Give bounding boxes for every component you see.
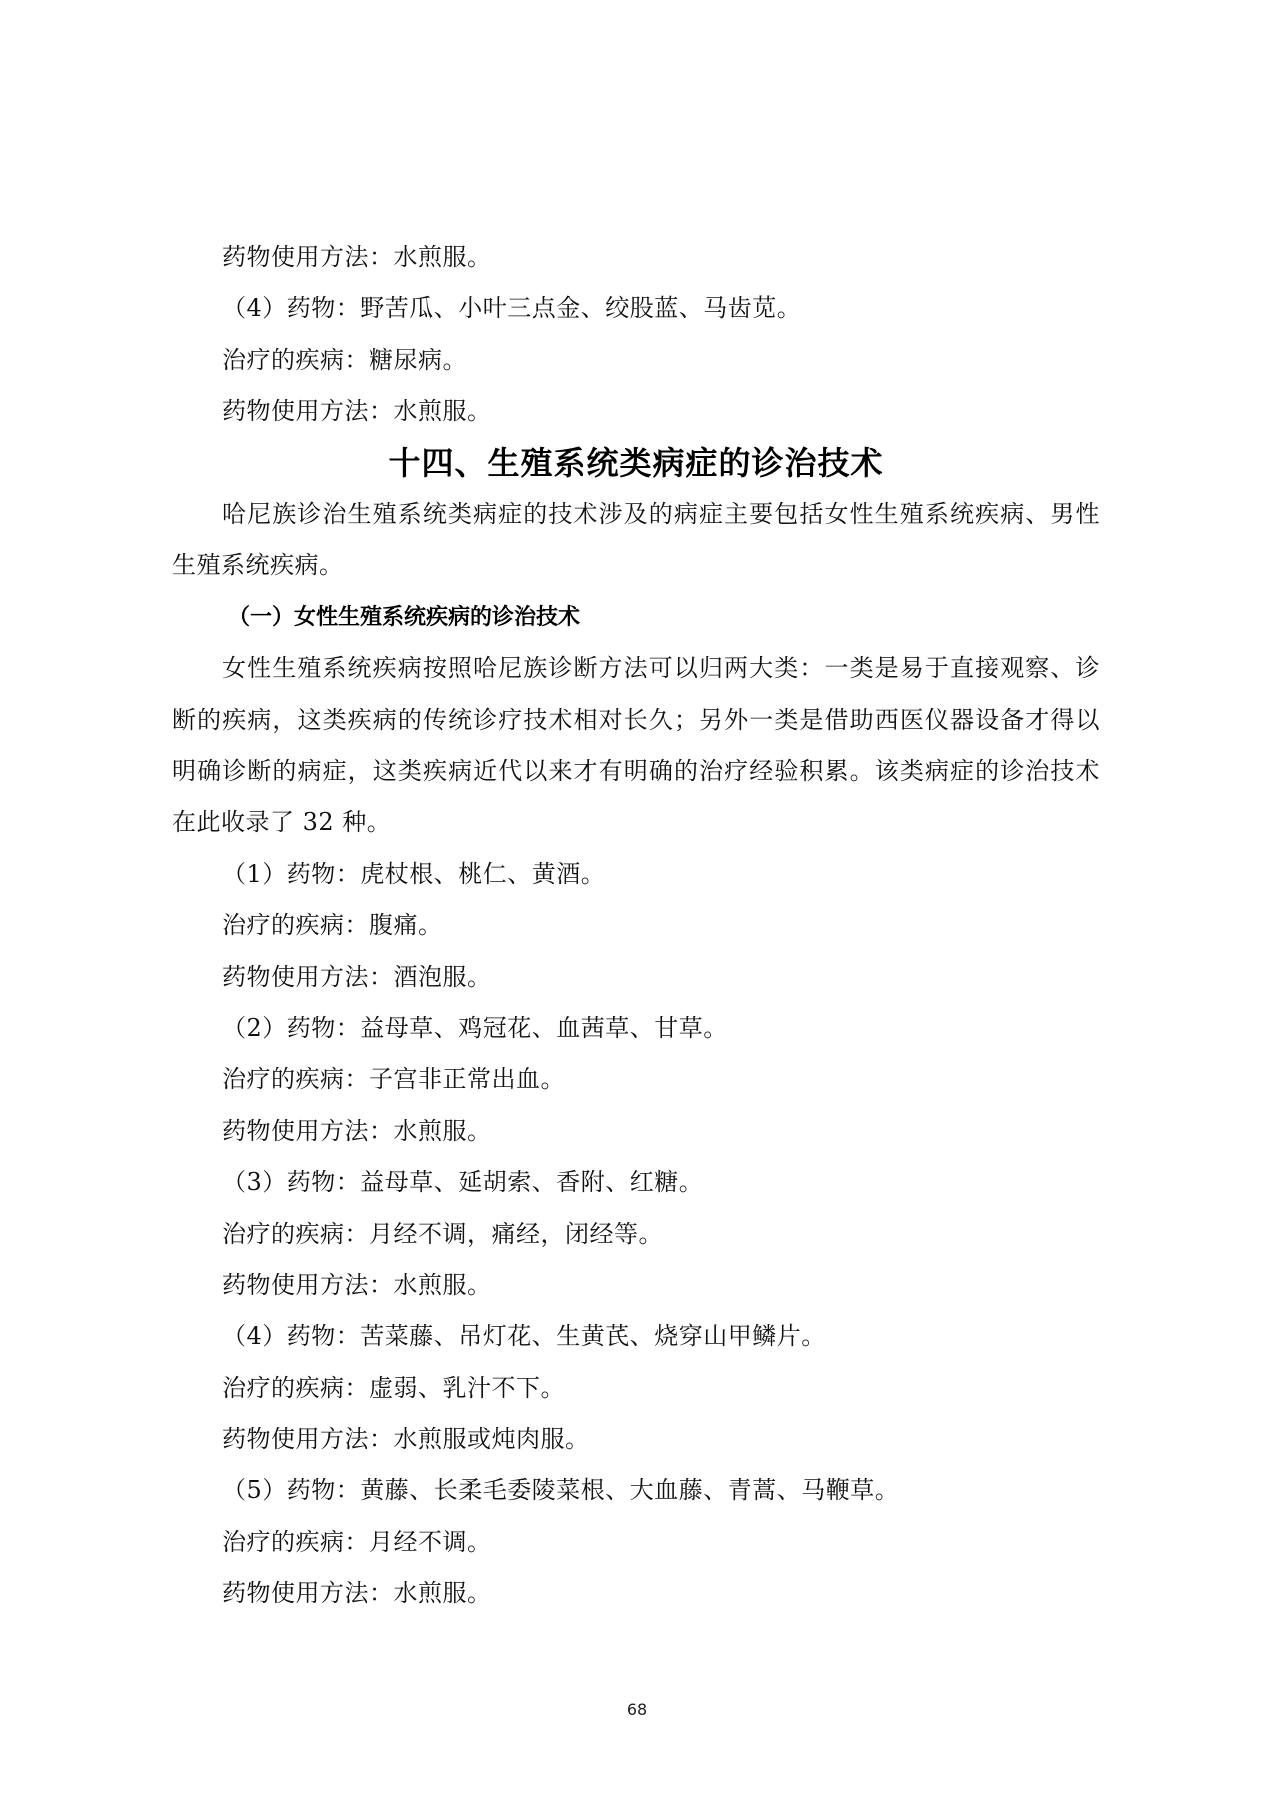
method-line: 药物使用方法：水煎服。 [172,1568,1100,1619]
disease-line: 治疗的疾病：糖尿病。 [172,335,1100,386]
disease-line: 治疗的疾病：虚弱、乳汁不下。 [172,1363,1100,1414]
disease-line: 治疗的疾病：月经不调。 [172,1517,1100,1568]
method-line: 药物使用方法：水煎服。 [172,386,1100,437]
method-line: 药物使用方法：水煎服。 [172,1106,1100,1157]
method-line: 药物使用方法：水煎服。 [172,1260,1100,1311]
document-page: 药物使用方法：水煎服。 （4）药物：野苦瓜、小叶三点金、绞股蓝、马齿苋。 治疗的… [172,232,1100,1620]
entry-2: （2）药物：益母草、鸡冠花、血茜草、甘草。 治疗的疾病：子宫非正常出血。 药物使… [172,1003,1100,1157]
method-line: 药物使用方法：水煎服或炖肉服。 [172,1414,1100,1465]
entry-1: （1）药物：虎杖根、桃仁、黄酒。 治疗的疾病：腹痛。 药物使用方法：酒泡服。 [172,849,1100,1003]
subsection-heading: （一）女性生殖系统疾病的诊治技术 [172,592,1100,643]
method-line: 药物使用方法：水煎服。 [172,232,1100,283]
disease-line: 治疗的疾病：腹痛。 [172,900,1100,951]
entry-3: （3）药物：益母草、延胡索、香附、红糖。 治疗的疾病：月经不调，痛经，闭经等。 … [172,1157,1100,1311]
drugs-line: （2）药物：益母草、鸡冠花、血茜草、甘草。 [172,1003,1100,1054]
subsection-intro-paragraph: 女性生殖系统疾病按照哈尼族诊断方法可以归两大类：一类是易于直接观察、诊断的疾病，… [172,643,1100,849]
page-number: 68 [0,1700,1274,1719]
section-heading: 十四、生殖系统类病症的诊治技术 [172,438,1100,489]
drugs-line: （3）药物：益母草、延胡索、香附、红糖。 [172,1157,1100,1208]
entry-5: （5）药物：黄藤、长柔毛委陵菜根、大血藤、青蒿、马鞭草。 治疗的疾病：月经不调。… [172,1465,1100,1619]
drugs-line: （4）药物：苦菜藤、吊灯花、生黄芪、烧穿山甲鳞片。 [172,1311,1100,1362]
section-intro-paragraph: 哈尼族诊治生殖系统类病症的技术涉及的病症主要包括女性生殖系统疾病、男性生殖系统疾… [172,489,1100,592]
entry-4: （4）药物：苦菜藤、吊灯花、生黄芪、烧穿山甲鳞片。 治疗的疾病：虚弱、乳汁不下。… [172,1311,1100,1465]
disease-line: 治疗的疾病：子宫非正常出血。 [172,1054,1100,1105]
drugs-line: （5）药物：黄藤、长柔毛委陵菜根、大血藤、青蒿、马鞭草。 [172,1465,1100,1516]
method-line: 药物使用方法：酒泡服。 [172,952,1100,1003]
disease-line: 治疗的疾病：月经不调，痛经，闭经等。 [172,1209,1100,1260]
drugs-line: （1）药物：虎杖根、桃仁、黄酒。 [172,849,1100,900]
drugs-line: （4）药物：野苦瓜、小叶三点金、绞股蓝、马齿苋。 [172,283,1100,334]
